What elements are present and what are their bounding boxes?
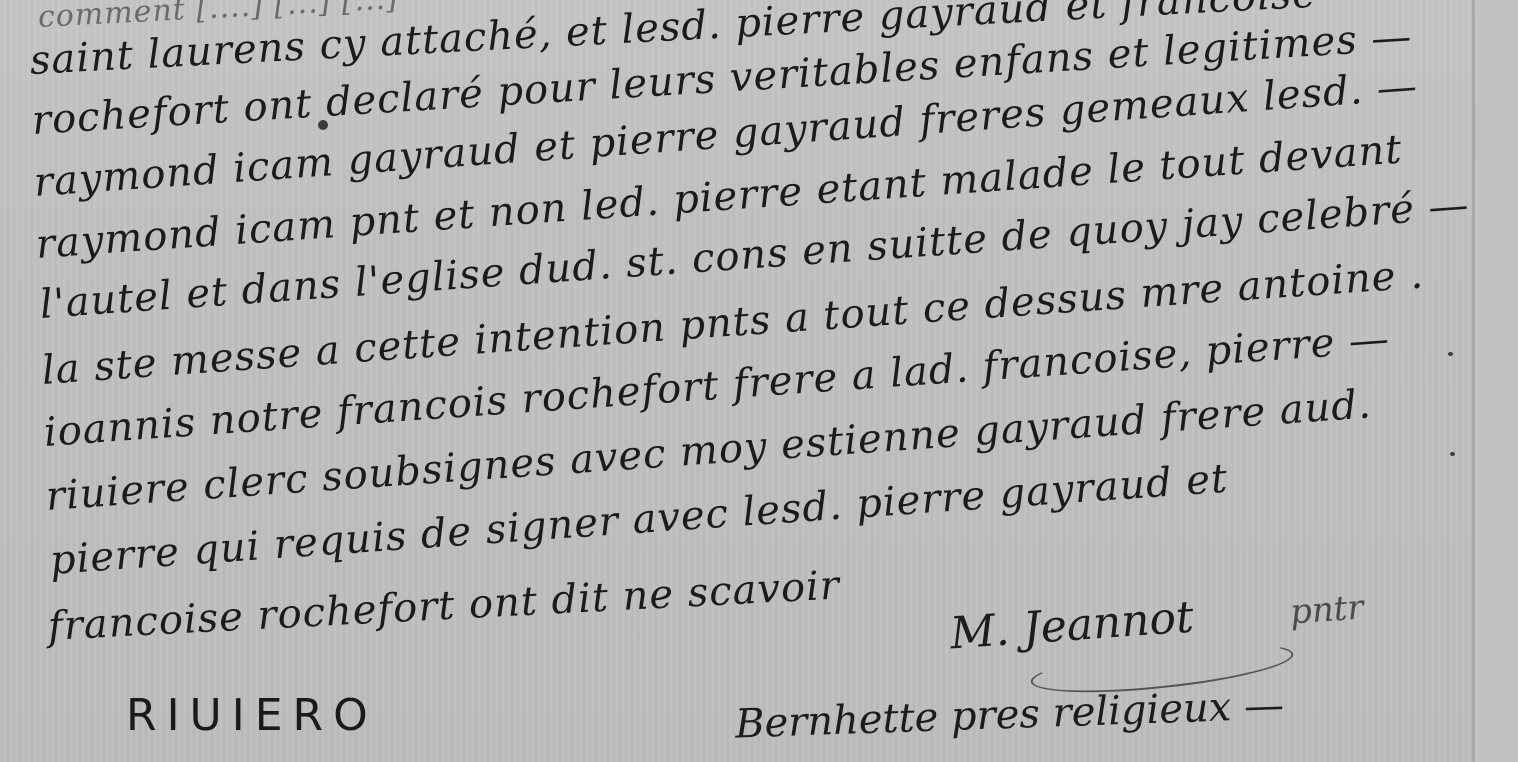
- signature-suffix: pntr: [1289, 587, 1365, 632]
- signature-bernhette: Bernhette pres religieux —: [734, 682, 1284, 747]
- manuscript-page: comment [....] [...] [...] saint laurens…: [0, 0, 1518, 762]
- ink-speck: [1450, 452, 1455, 456]
- page-fold-line: [1472, 0, 1475, 762]
- page-margin: [1475, 0, 1518, 762]
- ink-speck: [1448, 352, 1453, 356]
- signature-riuiere: RIUIERO: [126, 690, 378, 741]
- ink-speck: [318, 120, 328, 130]
